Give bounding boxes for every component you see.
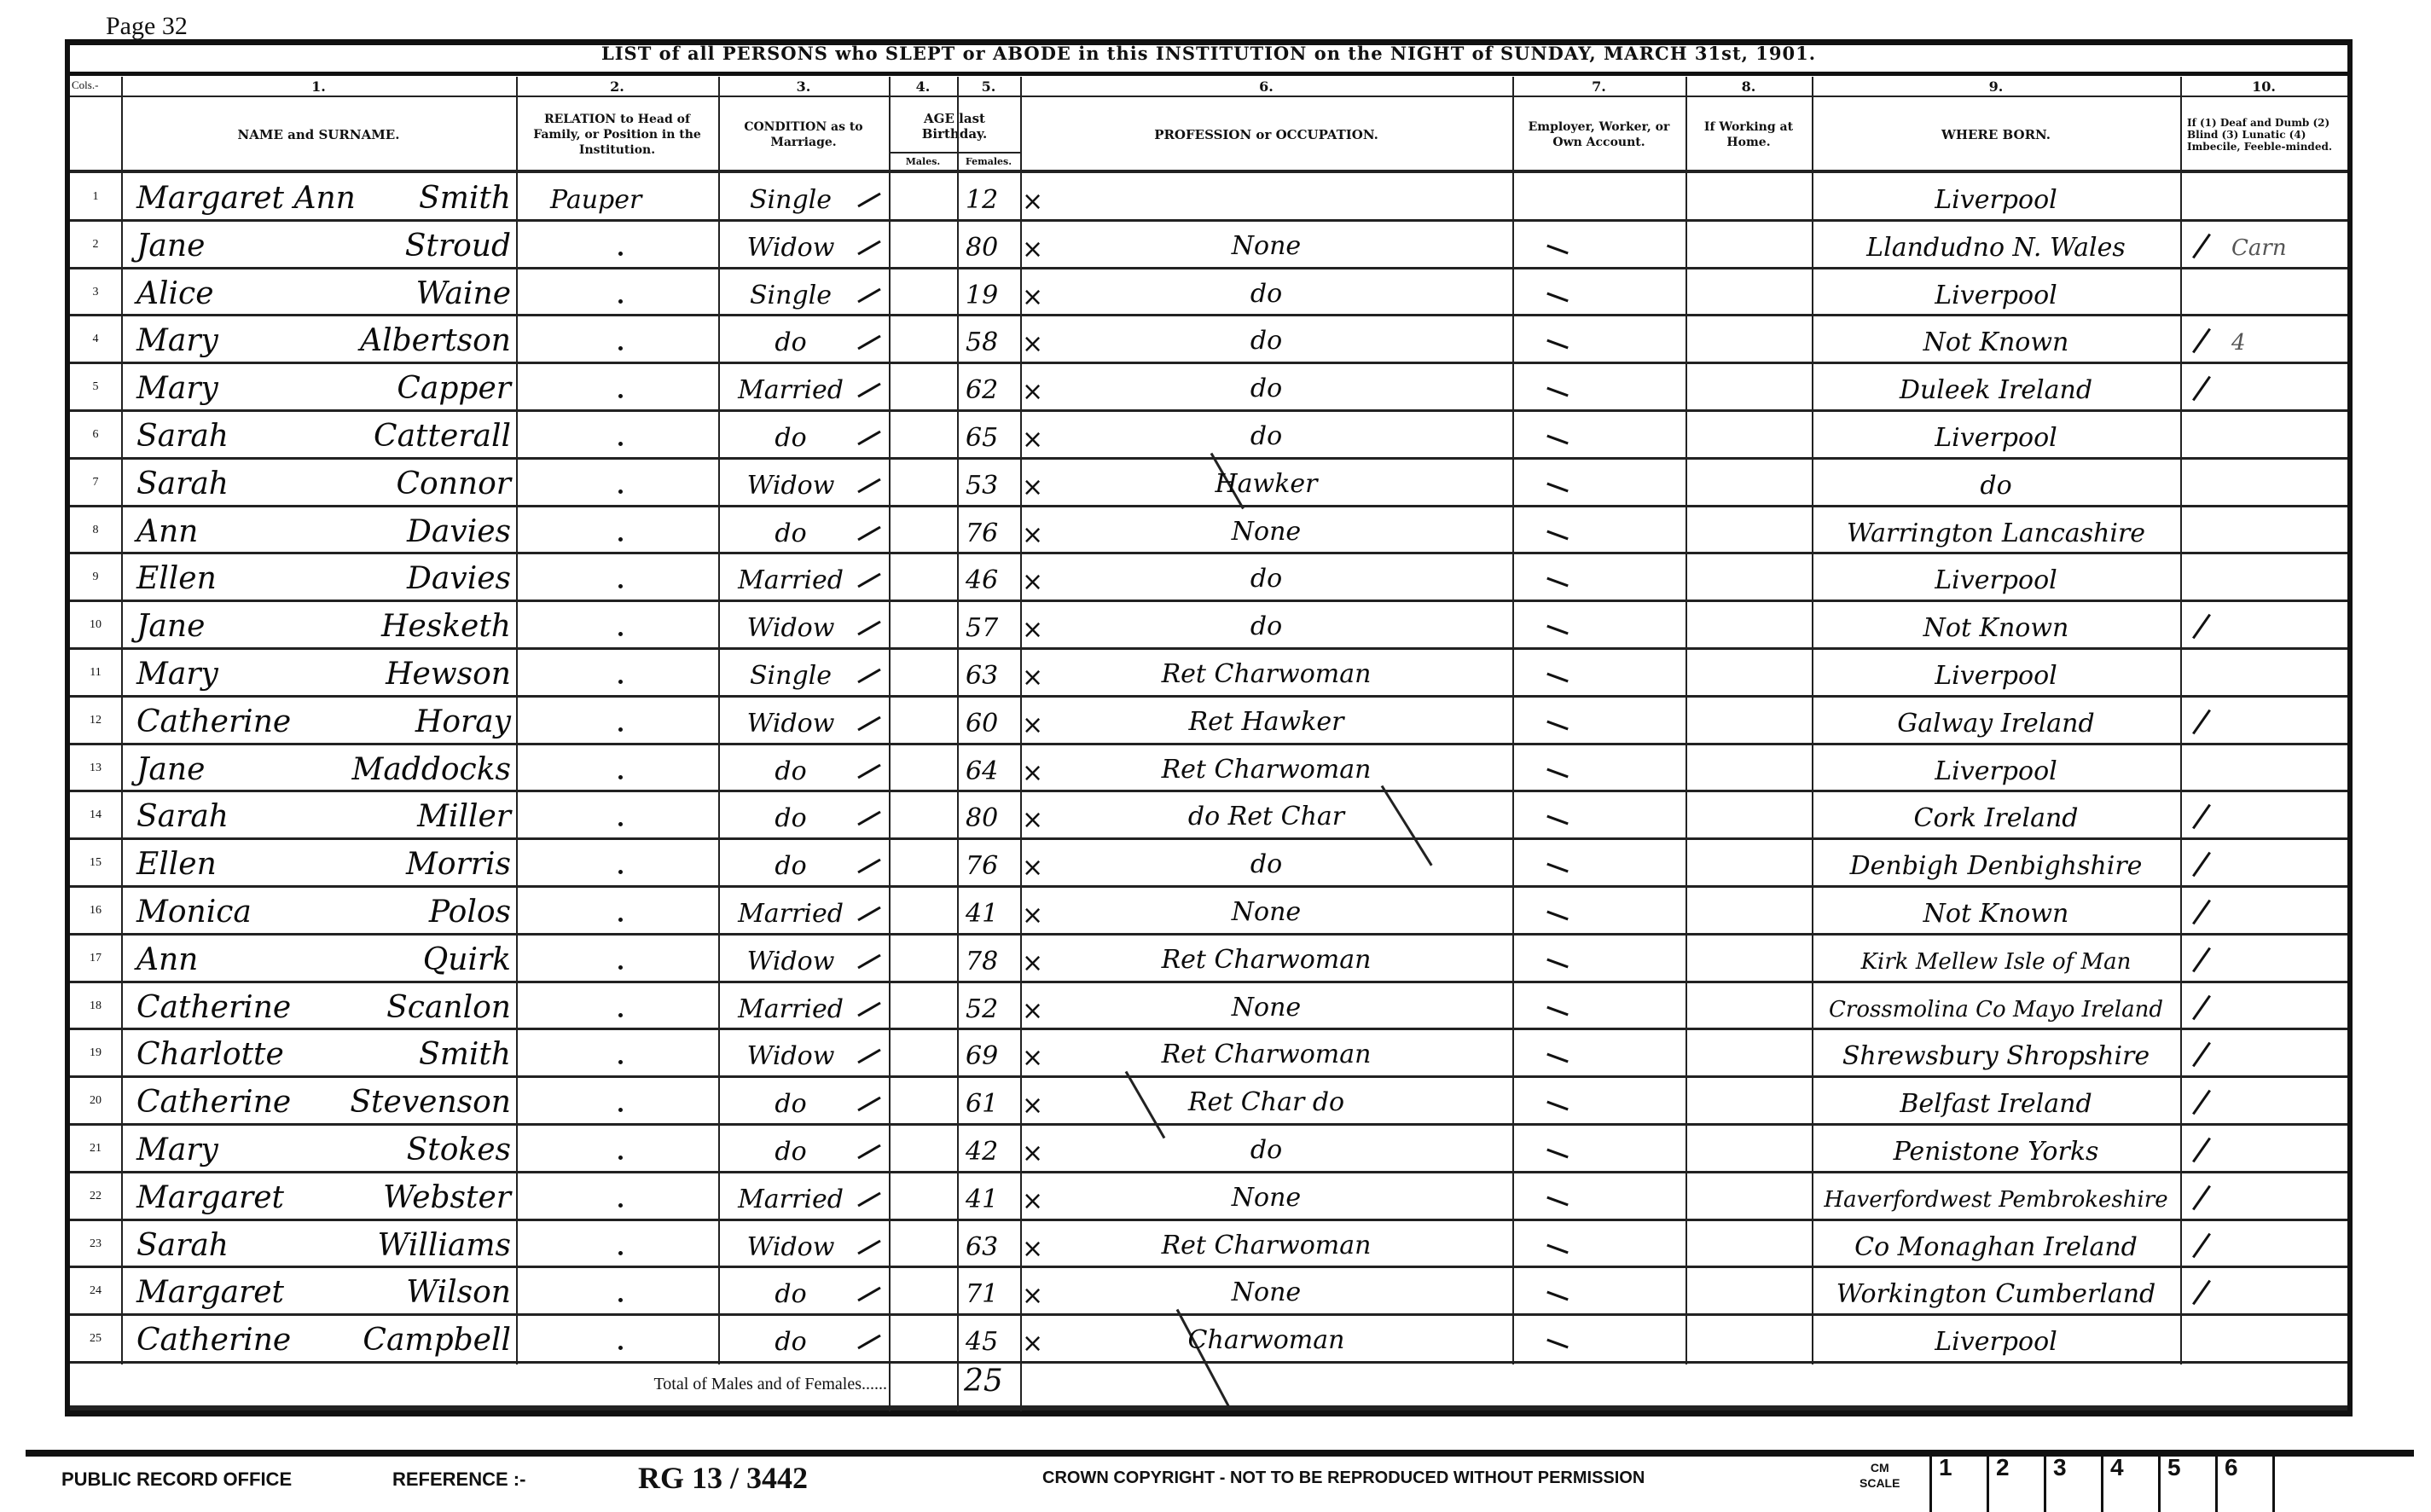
row-rule	[70, 1028, 2347, 1030]
birthplace: Liverpool	[1815, 659, 2177, 693]
age-female: 71	[966, 1277, 998, 1312]
checker-x-mark: ×	[1022, 377, 1043, 407]
birthplace: Shrewsbury Shropshire	[1815, 1040, 2177, 1074]
row-rule	[70, 1123, 2347, 1126]
birthplace: Liverpool	[1815, 1325, 2177, 1359]
marital-condition: Widow	[718, 611, 863, 646]
checker-x-mark: ×	[1022, 425, 1043, 455]
page-label: Page 32	[106, 12, 188, 41]
row-number: 14	[70, 808, 121, 822]
row-rule	[70, 1171, 2347, 1173]
checker-x-mark: ×	[1022, 282, 1043, 312]
column-header-10: If (1) Deaf and Dumb (2) Blind (3) Lunat…	[2187, 101, 2341, 169]
birthplace: Cork Ireland	[1815, 802, 2177, 836]
age-female: 69	[966, 1040, 998, 1074]
age-female: 76	[966, 517, 998, 551]
row-number: 13	[70, 762, 121, 775]
first-name: Ann	[136, 515, 198, 549]
relation-ditto-dot	[618, 1156, 623, 1160]
occupation: Ret Charwoman	[1054, 1038, 1478, 1072]
scale-label: CM SCALE	[1860, 1460, 1900, 1491]
surname: Hewson	[386, 658, 511, 692]
scale-box-6: 6	[2215, 1454, 2272, 1512]
column-number-rule	[70, 96, 2347, 97]
total-label: Total of Males and of Females......	[529, 1375, 887, 1394]
occupation: do	[1054, 277, 1478, 311]
row-rule	[70, 1361, 2347, 1364]
marital-condition: Married	[718, 564, 863, 598]
age-female: 78	[966, 945, 998, 979]
marital-condition: do	[718, 1087, 863, 1121]
row-number: 9	[70, 571, 121, 584]
relation: Pauper	[550, 183, 641, 217]
first-name: Sarah	[136, 420, 229, 454]
row-rule	[70, 1313, 2347, 1316]
infirmity: Carn	[2231, 231, 2287, 265]
birthplace: Liverpool	[1815, 755, 2177, 789]
first-name: Catherine	[136, 705, 291, 739]
first-name: Ann	[136, 943, 198, 977]
person-name: AnnDavies	[136, 515, 511, 549]
surname: Waine	[416, 277, 511, 311]
row-number: 23	[70, 1237, 121, 1251]
marital-condition: Widow	[718, 1040, 863, 1074]
person-name: MaryStokes	[136, 1133, 511, 1167]
person-name: JaneHesketh	[136, 610, 511, 644]
person-name: CatherineHoray	[136, 705, 511, 739]
row-number: 16	[70, 904, 121, 918]
row-rule	[70, 600, 2347, 602]
occupation: None	[1054, 895, 1478, 930]
person-name: JaneStroud	[136, 229, 511, 264]
checker-x-mark: ×	[1022, 329, 1043, 359]
column-subheader-5: Females.	[957, 156, 1020, 167]
row-rule	[70, 885, 2347, 888]
row-rule	[70, 552, 2347, 554]
age-female: 60	[966, 707, 998, 741]
birthplace: Warrington Lancashire	[1815, 517, 2177, 551]
surname: Davies	[407, 515, 511, 549]
first-name: Mary	[136, 324, 218, 358]
occupation: do	[1054, 1133, 1478, 1167]
occupation: Ret Char do	[1054, 1086, 1478, 1120]
occupation: None	[1054, 515, 1478, 549]
person-name: MaryAlbertson	[136, 324, 511, 358]
age-female: 52	[966, 993, 998, 1027]
header-bottom-rule	[70, 170, 2347, 173]
row-number: 17	[70, 952, 121, 965]
row-rule	[70, 314, 2347, 316]
checker-x-mark: ×	[1022, 567, 1043, 597]
occupation: Hawker	[1054, 467, 1478, 501]
checker-x-mark: ×	[1022, 663, 1043, 692]
row-number: 11	[70, 666, 121, 680]
relation-ditto-dot	[618, 442, 623, 446]
age-female: 80	[966, 231, 998, 265]
age-female: 80	[966, 802, 998, 836]
occupation: None	[1054, 1181, 1478, 1215]
age-female: 58	[966, 326, 998, 360]
birthplace: Galway Ireland	[1815, 707, 2177, 741]
occupation: Ret Hawker	[1054, 705, 1478, 739]
birthplace: Duleek Ireland	[1815, 374, 2177, 408]
occupation: None	[1054, 991, 1478, 1025]
marital-condition: do	[718, 802, 863, 836]
surname: Catterall	[374, 420, 511, 454]
row-number: 7	[70, 476, 121, 490]
occupation: None	[1054, 229, 1478, 264]
marital-condition: Widow	[718, 707, 863, 741]
column-number-1: 1.	[121, 78, 516, 95]
row-rule	[70, 267, 2347, 269]
surname: Williams	[378, 1229, 512, 1263]
person-name: MaryHewson	[136, 658, 511, 692]
age-subheader-rule	[889, 152, 1020, 154]
checker-x-mark: ×	[1022, 472, 1043, 502]
person-name: MonicaPolos	[136, 895, 511, 930]
relation-ditto-dot	[618, 1013, 623, 1017]
row-rule	[70, 409, 2347, 412]
checker-x-mark: ×	[1022, 1043, 1043, 1073]
row-number: 2	[70, 238, 121, 252]
row-rule	[70, 219, 2347, 222]
person-name: JaneMaddocks	[136, 753, 511, 787]
birthplace: Co Monaghan Ireland	[1815, 1231, 2177, 1265]
relation-ditto-dot	[618, 299, 623, 304]
occupation: Ret Charwoman	[1054, 943, 1478, 977]
marital-condition: Widow	[718, 469, 863, 503]
first-name: Mary	[136, 658, 218, 692]
occupation: do	[1054, 324, 1478, 358]
first-name: Margaret	[136, 1276, 284, 1310]
occupation: do	[1054, 420, 1478, 454]
checker-x-mark: ×	[1022, 1329, 1043, 1358]
row-number: 1	[70, 190, 121, 204]
first-name: Jane	[136, 753, 205, 787]
row-rule	[70, 1219, 2347, 1221]
surname: Webster	[383, 1181, 511, 1215]
scale-box-3: 3	[2044, 1454, 2101, 1512]
column-header-9: WHERE BORN.	[1819, 101, 2173, 169]
surname: Horay	[415, 705, 511, 739]
person-name: MargaretWilson	[136, 1276, 511, 1310]
row-number: 10	[70, 618, 121, 632]
checker-x-mark: ×	[1022, 1138, 1043, 1168]
row-rule	[70, 362, 2347, 364]
marital-condition: do	[718, 849, 863, 883]
surname: Maddocks	[351, 753, 511, 787]
age-female: 62	[966, 374, 998, 408]
relation-ditto-dot	[618, 680, 623, 684]
column-number-8: 8.	[1685, 78, 1812, 95]
row-rule	[70, 743, 2347, 745]
footer-reference-label: REFERENCE :-	[392, 1469, 525, 1491]
marital-condition: Widow	[718, 1231, 863, 1265]
occupation: Ret Charwoman	[1054, 1229, 1478, 1263]
marital-condition: Single	[718, 183, 863, 217]
first-name: Mary	[136, 372, 218, 406]
column-subheader-4: Males.	[889, 156, 957, 167]
first-name: Mary	[136, 1133, 218, 1167]
total-females-value: 25	[964, 1364, 1003, 1399]
first-name: Margaret	[136, 1181, 284, 1215]
occupation: do Ret Char	[1054, 800, 1478, 834]
checker-x-mark: ×	[1022, 710, 1043, 740]
checker-x-mark: ×	[1022, 235, 1043, 264]
relation-ditto-dot	[618, 965, 623, 970]
column-number-6: 6.	[1020, 78, 1512, 95]
occupation: Ret Charwoman	[1054, 753, 1478, 787]
birthplace: Liverpool	[1815, 421, 2177, 455]
birthplace: Haverfordwest Pembrokeshire	[1815, 1183, 2177, 1217]
column-number-4: 4.	[889, 78, 957, 95]
row-rule	[70, 505, 2347, 507]
age-female: 46	[966, 564, 998, 598]
cols-label: Cols.-	[72, 78, 98, 92]
occupation: do	[1054, 372, 1478, 406]
marital-condition: do	[718, 517, 863, 551]
form-title: LIST of all PERSONS who SLEPT or ABODE i…	[65, 43, 2353, 64]
surname: Scanlon	[386, 991, 511, 1025]
birthplace: Llandudno N. Wales	[1815, 231, 2177, 265]
row-rule	[70, 457, 2347, 460]
row-number: 25	[70, 1332, 121, 1346]
age-female: 63	[966, 659, 998, 693]
person-name: SarahCatterall	[136, 420, 511, 454]
footer-reference: RG 13 / 3442	[638, 1460, 808, 1496]
relation-ditto-dot	[618, 775, 623, 779]
marital-condition: Married	[718, 993, 863, 1027]
person-name: SarahConnor	[136, 467, 511, 501]
first-name: Jane	[136, 610, 205, 644]
marital-condition: Married	[718, 374, 863, 408]
marital-condition: do	[718, 1277, 863, 1312]
row-rule	[70, 790, 2347, 792]
row-rule	[70, 1075, 2347, 1078]
person-name: CharlotteSmith	[136, 1038, 511, 1072]
person-name: MaryCapper	[136, 372, 511, 406]
surname: Stevenson	[350, 1086, 511, 1120]
checker-x-mark: ×	[1022, 901, 1043, 930]
age-female: 42	[966, 1135, 998, 1169]
age-female: 61	[966, 1087, 998, 1121]
surname: Stokes	[407, 1133, 511, 1167]
first-name: Sarah	[136, 800, 229, 834]
first-name: Alice	[136, 277, 214, 311]
first-name: Catherine	[136, 1324, 291, 1358]
row-rule	[70, 933, 2347, 936]
occupation: Ret Charwoman	[1054, 658, 1478, 692]
relation-ditto-dot	[618, 1203, 623, 1208]
row-number: 5	[70, 380, 121, 394]
marital-condition: do	[718, 1325, 863, 1359]
row-number: 15	[70, 856, 121, 870]
person-name: CatherineStevenson	[136, 1086, 511, 1120]
first-name: Catherine	[136, 1086, 291, 1120]
person-name: MargaretWebster	[136, 1181, 511, 1215]
relation-ditto-dot	[618, 252, 623, 256]
relation-ditto-dot	[618, 727, 623, 732]
surname: Capper	[397, 372, 511, 406]
row-number: 8	[70, 524, 121, 537]
relation-ditto-dot	[618, 537, 623, 542]
first-name: Ellen	[136, 562, 217, 596]
column-header-1: NAME and SURNAME.	[128, 101, 509, 169]
birthplace: Crossmolina Co Mayo Ireland	[1815, 993, 2177, 1027]
person-name: AliceWaine	[136, 277, 511, 311]
age-female: 64	[966, 755, 998, 789]
age-female: 41	[966, 1183, 998, 1217]
marital-condition: Married	[718, 897, 863, 931]
marital-condition: Widow	[718, 231, 863, 265]
row-rule	[70, 837, 2347, 840]
occupation: do	[1054, 562, 1478, 596]
row-number: 19	[70, 1046, 121, 1060]
first-name: Jane	[136, 229, 205, 264]
marital-condition: Widow	[718, 945, 863, 979]
surname: Davies	[407, 562, 511, 596]
column-number-3: 3.	[718, 78, 889, 95]
birthplace: Kirk Mellew Isle of Man	[1815, 945, 2177, 979]
surname: Morris	[406, 848, 511, 882]
row-rule	[70, 647, 2347, 650]
relation-ditto-dot	[618, 918, 623, 922]
row-number: 24	[70, 1284, 121, 1298]
column-header-age: AGE last Birthday.	[897, 101, 1012, 152]
scale-box-1: 1	[1929, 1454, 1987, 1512]
first-name: Catherine	[136, 991, 291, 1025]
surname: Smith	[419, 1038, 511, 1072]
occupation: None	[1054, 1276, 1478, 1310]
person-name: EllenMorris	[136, 848, 511, 882]
surname: Quirk	[423, 943, 511, 977]
scale-label-scale: SCALE	[1860, 1475, 1900, 1491]
age-female: 57	[966, 611, 998, 646]
checker-x-mark: ×	[1022, 805, 1043, 835]
birthplace: Penistone Yorks	[1815, 1135, 2177, 1169]
row-number: 18	[70, 999, 121, 1013]
age-female: 19	[966, 279, 998, 313]
checker-x-mark: ×	[1022, 187, 1043, 217]
row-number: 12	[70, 714, 121, 727]
birthplace: Liverpool	[1815, 183, 2177, 217]
total-row-bottom-rule	[70, 1405, 2347, 1411]
checker-x-mark: ×	[1022, 520, 1043, 550]
checker-x-mark: ×	[1022, 948, 1043, 978]
column-number-2: 2.	[516, 78, 718, 95]
checker-x-mark: ×	[1022, 1091, 1043, 1121]
age-female: 63	[966, 1231, 998, 1265]
birthplace: Liverpool	[1815, 564, 2177, 598]
first-name: Ellen	[136, 848, 217, 882]
first-name: Sarah	[136, 1229, 229, 1263]
marital-condition: Married	[718, 1183, 863, 1217]
birthplace: Not Known	[1815, 897, 2177, 931]
column-header-3: CONDITION as to Marriage.	[725, 101, 882, 169]
marital-condition: do	[718, 1135, 863, 1169]
checker-x-mark: ×	[1022, 758, 1043, 788]
checker-x-mark: ×	[1022, 1234, 1043, 1264]
title-divider	[70, 72, 2347, 76]
birthplace: Not Known	[1815, 326, 2177, 360]
first-name: Sarah	[136, 467, 229, 501]
surname: Polos	[429, 895, 511, 930]
row-rule	[70, 981, 2347, 983]
age-female: 76	[966, 849, 998, 883]
first-name: Margaret Ann	[136, 182, 356, 216]
person-name: EllenDavies	[136, 562, 511, 596]
scale-box-2: 2	[1987, 1454, 2044, 1512]
age-female: 45	[966, 1325, 998, 1359]
person-name: SarahWilliams	[136, 1229, 511, 1263]
row-number: 20	[70, 1094, 121, 1108]
surname: Smith	[419, 182, 511, 216]
first-name: Monica	[136, 895, 252, 930]
surname: Campbell	[363, 1324, 511, 1358]
surname: Albertson	[360, 324, 511, 358]
checker-x-mark: ×	[1022, 615, 1043, 645]
column-header-7: Employer, Worker, or Own Account.	[1519, 101, 1679, 169]
occupation: do	[1054, 610, 1478, 644]
row-number: 4	[70, 333, 121, 346]
age-female: 41	[966, 897, 998, 931]
row-rule	[70, 695, 2347, 698]
footer-copyright: CROWN COPYRIGHT - NOT TO BE REPRODUCED W…	[1042, 1469, 1645, 1488]
checker-x-mark: ×	[1022, 996, 1043, 1026]
person-name: AnnQuirk	[136, 943, 511, 977]
marital-condition: Single	[718, 279, 863, 313]
birthplace: Not Known	[1815, 611, 2177, 646]
checker-x-mark: ×	[1022, 1281, 1043, 1311]
age-female: 65	[966, 421, 998, 455]
scale-box-4: 4	[2101, 1454, 2158, 1512]
person-name: SarahMiller	[136, 800, 511, 834]
occupation: do	[1054, 848, 1478, 882]
row-rule	[70, 1266, 2347, 1268]
first-name: Charlotte	[136, 1038, 284, 1072]
marital-condition: do	[718, 421, 863, 455]
person-name: CatherineCampbell	[136, 1324, 511, 1358]
surname: Wilson	[406, 1276, 511, 1310]
scale-label-cm: CM	[1860, 1460, 1900, 1475]
column-number-10: 10.	[2180, 78, 2347, 95]
birthplace: Liverpool	[1815, 279, 2177, 313]
row-number: 3	[70, 286, 121, 299]
relation-ditto-dot	[618, 1251, 623, 1255]
column-header-8: If Working at Home.	[1692, 101, 1805, 169]
surname: Connor	[397, 467, 511, 501]
infirmity: 4	[2231, 326, 2246, 360]
marital-condition: do	[718, 326, 863, 360]
column-header-6: PROFESSION or OCCUPATION.	[1027, 101, 1506, 169]
row-number: 22	[70, 1190, 121, 1203]
birthplace: Workington Cumberland	[1815, 1277, 2177, 1312]
scale-box-5: 5	[2158, 1454, 2215, 1512]
surname: Stroud	[405, 229, 511, 264]
occupation: Charwoman	[1054, 1324, 1478, 1358]
column-header-2: RELATION to Head of Family, or Position …	[523, 101, 711, 169]
person-name: CatherineScanlon	[136, 991, 511, 1025]
birthplace: do	[1815, 469, 2177, 503]
age-female: 53	[966, 469, 998, 503]
person-name: Margaret AnnSmith	[136, 182, 511, 216]
birthplace: Denbigh Denbighshire	[1815, 849, 2177, 883]
age-female: 12	[966, 183, 998, 217]
marital-condition: do	[718, 755, 863, 789]
scale-box-end	[2272, 1454, 2276, 1512]
relation-ditto-dot	[618, 490, 623, 494]
marital-condition: Single	[718, 659, 863, 693]
